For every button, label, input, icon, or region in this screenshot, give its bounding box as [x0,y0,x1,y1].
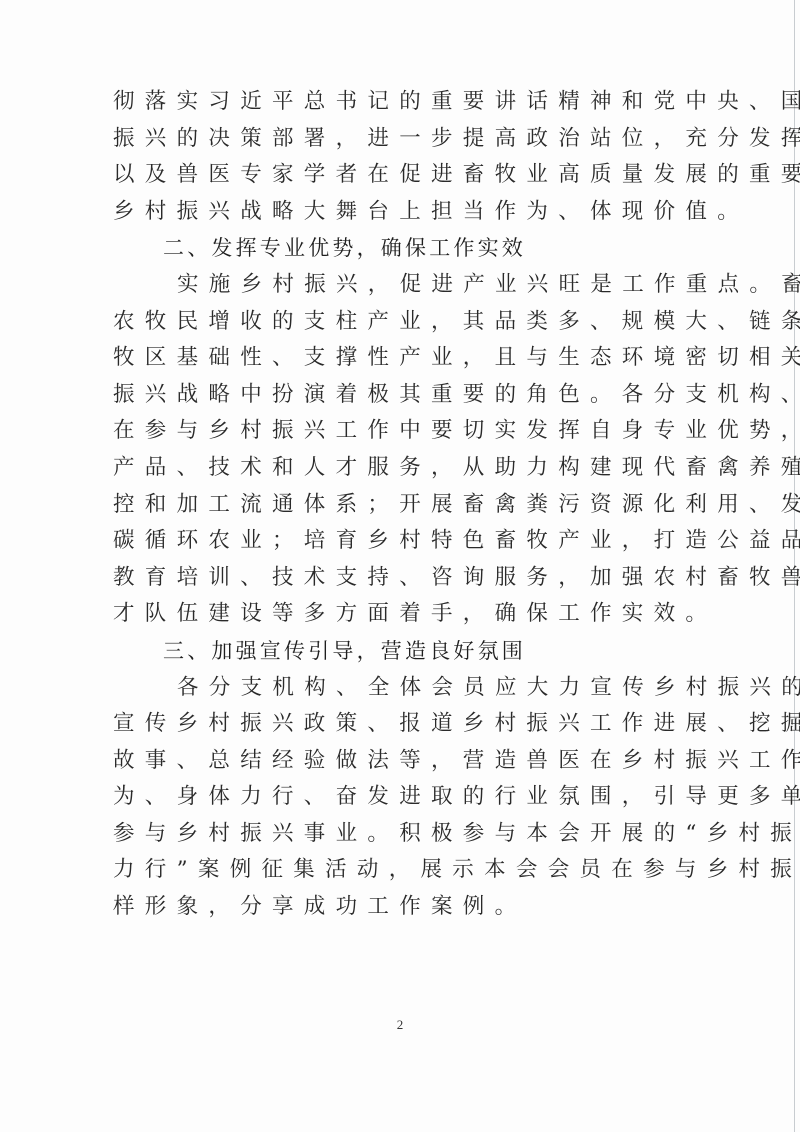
text-line: 为、身体力行、奋发进取的行业氛围，引导更多单位和兽医 [113,779,693,816]
text-line: 参与乡村振兴事业。积极参与本会开展的“乡村振兴、兽医 [113,816,693,853]
text-line: 产品、技术和人才服务，从助力构建现代畜禽养殖、疫病防 [113,450,693,487]
text-line: 以及兽医专家学者在促进畜牧业高质量发展的重要作用，在 [113,157,693,194]
text-line: 牧区基础性、支撑性产业，且与生态环境密切相关，在乡村 [113,340,693,377]
paragraph-start: 实施乡村振兴，促进产业兴旺是工作重点。畜牧业作为 [113,267,693,304]
text-line: 力行”案例征集活动，展示本会会员在参与乡村振兴中的榜 [113,852,693,889]
text-line: 教育培训、技术支持、咨询服务，加强农村畜牧兽医专业人 [113,560,693,597]
text-line: 控和加工流通体系；开展畜禽粪污资源化利用、发展绿色低 [113,487,693,524]
text-line: 乡村振兴战略大舞台上担当作为、体现价值。 [113,194,693,231]
text-line: 振兴战略中扮演着极其重要的角色。各分支机构、全体会员 [113,377,693,414]
body-text: 彻落实习近平总书记的重要讲话精神和党中央、国务院乡村 振兴的决策部署，进一步提高… [113,84,693,926]
text-line: 振兴的决策部署，进一步提高政治站位，充分发挥兽医企业 [113,121,693,158]
text-line: 样形象，分享成功工作案例。 [113,889,693,926]
text-line: 彻落实习近平总书记的重要讲话精神和党中央、国务院乡村 [113,84,693,121]
page-number: 2 [0,1017,800,1033]
paragraph-start: 各分支机构、全体会员应大力宣传乡村振兴的重要意义， [113,670,693,707]
text-line: 碳循环农业；培育乡村特色畜牧产业，打造公益品牌；提供 [113,523,693,560]
document-page: 彻落实习近平总书记的重要讲话精神和党中央、国务院乡村 振兴的决策部署，进一步提高… [0,0,800,1132]
section-heading-3: 三、加强宣传引导，营造良好氛围 [113,633,693,670]
text-line: 农牧民增收的支柱产业，其品类多、规模大、链条长，是农 [113,304,693,341]
text-line: 宣传乡村振兴政策、报道乡村振兴工作进展、挖掘典型人物 [113,706,693,743]
text-line: 才队伍建设等多方面着手，确保工作实效。 [113,596,693,633]
text-line: 在参与乡村振兴工作中要切实发挥自身专业优势，做好兽医 [113,413,693,450]
text-line: 故事、总结经验做法等，营造兽医在乡村振兴工作中主动作 [113,743,693,780]
section-heading-2: 二、发挥专业优势，确保工作实效 [113,230,693,267]
